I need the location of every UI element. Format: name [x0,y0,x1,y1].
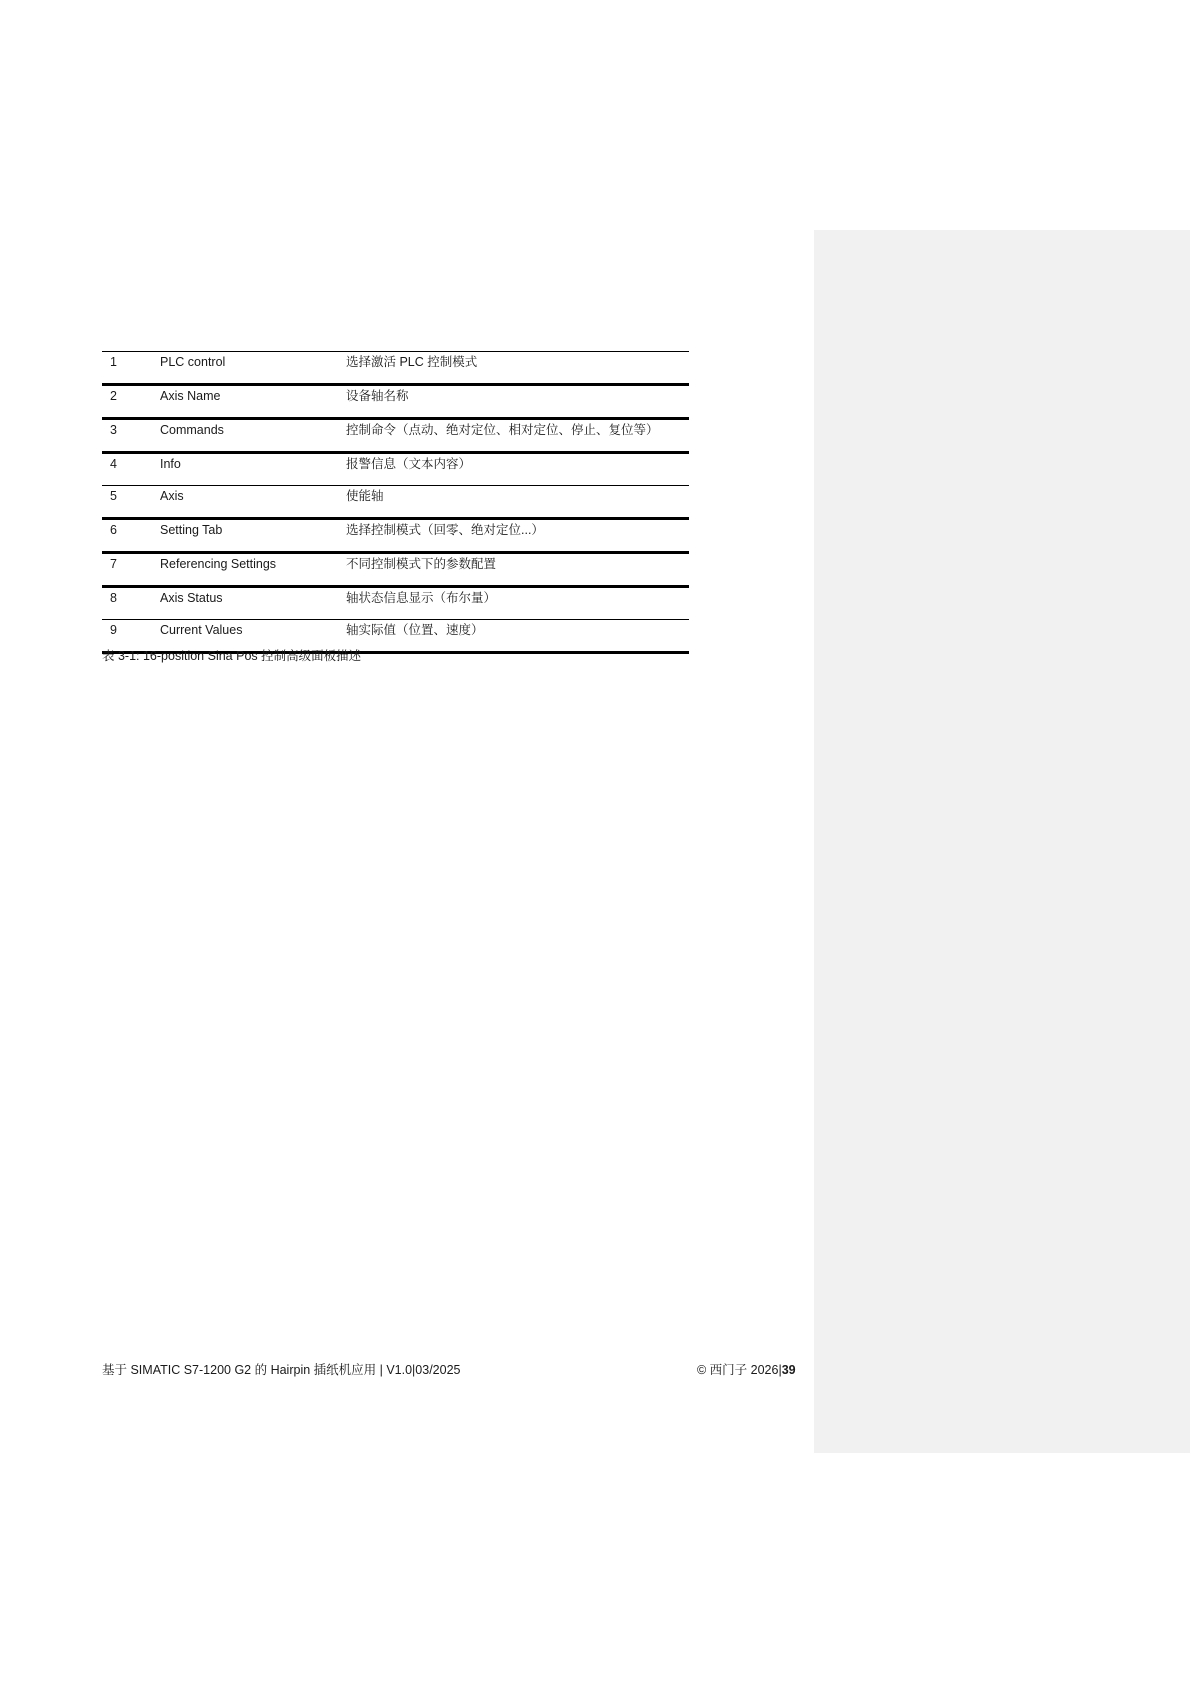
page-number: 39 [782,1363,796,1377]
row-number: 8 [102,587,160,620]
row-description: 不同控制模式下的参数配置 [346,553,689,587]
row-number: 3 [102,419,160,453]
row-name: Axis Name [160,385,346,419]
row-name: Axis Status [160,587,346,620]
row-description: 报警信息（文本内容） [346,453,689,486]
table-row: 7Referencing Settings不同控制模式下的参数配置 [102,553,689,587]
table-row: 6Setting Tab选择控制模式（回零、绝对定位...） [102,519,689,553]
row-name: Setting Tab [160,519,346,553]
row-name: Commands [160,419,346,453]
row-number: 7 [102,553,160,587]
row-description: 控制命令（点动、绝对定位、相对定位、停止、复位等） [346,419,689,453]
table-row: 1PLC control选择激活 PLC 控制模式 [102,352,689,385]
row-description: 选择控制模式（回零、绝对定位...） [346,519,689,553]
description-table: 1PLC control选择激活 PLC 控制模式2Axis Name设备轴名称… [102,351,689,654]
table-row: 2Axis Name设备轴名称 [102,385,689,419]
row-number: 2 [102,385,160,419]
table-row: 4Info报警信息（文本内容） [102,453,689,486]
row-description: 使能轴 [346,486,689,519]
row-description: 轴状态信息显示（布尔量） [346,587,689,620]
row-name: Axis [160,486,346,519]
footer-document-title: 基于 SIMATIC S7-1200 G2 的 Hairpin 插纸机应用 | … [102,1360,460,1378]
row-number: 1 [102,352,160,385]
table-row: 3Commands控制命令（点动、绝对定位、相对定位、停止、复位等） [102,419,689,453]
copyright-text: © 西门子 2026| [697,1363,782,1377]
comment-margin-panel [814,230,1190,1453]
row-number: 5 [102,486,160,519]
table-row: 5Axis使能轴 [102,486,689,519]
row-name: PLC control [160,352,346,385]
row-description: 设备轴名称 [346,385,689,419]
row-number: 6 [102,519,160,553]
row-description: 轴实际值（位置、速度） [346,620,689,653]
row-name: Info [160,453,346,486]
table-caption: 表 3-1: 16-position Sina Pos 控制高级面板描述 [102,648,361,664]
footer-copyright: © 西门子 2026|39 [697,1360,796,1378]
row-name: Referencing Settings [160,553,346,587]
row-description: 选择激活 PLC 控制模式 [346,352,689,385]
row-number: 4 [102,453,160,486]
table-row: 8Axis Status轴状态信息显示（布尔量） [102,587,689,620]
